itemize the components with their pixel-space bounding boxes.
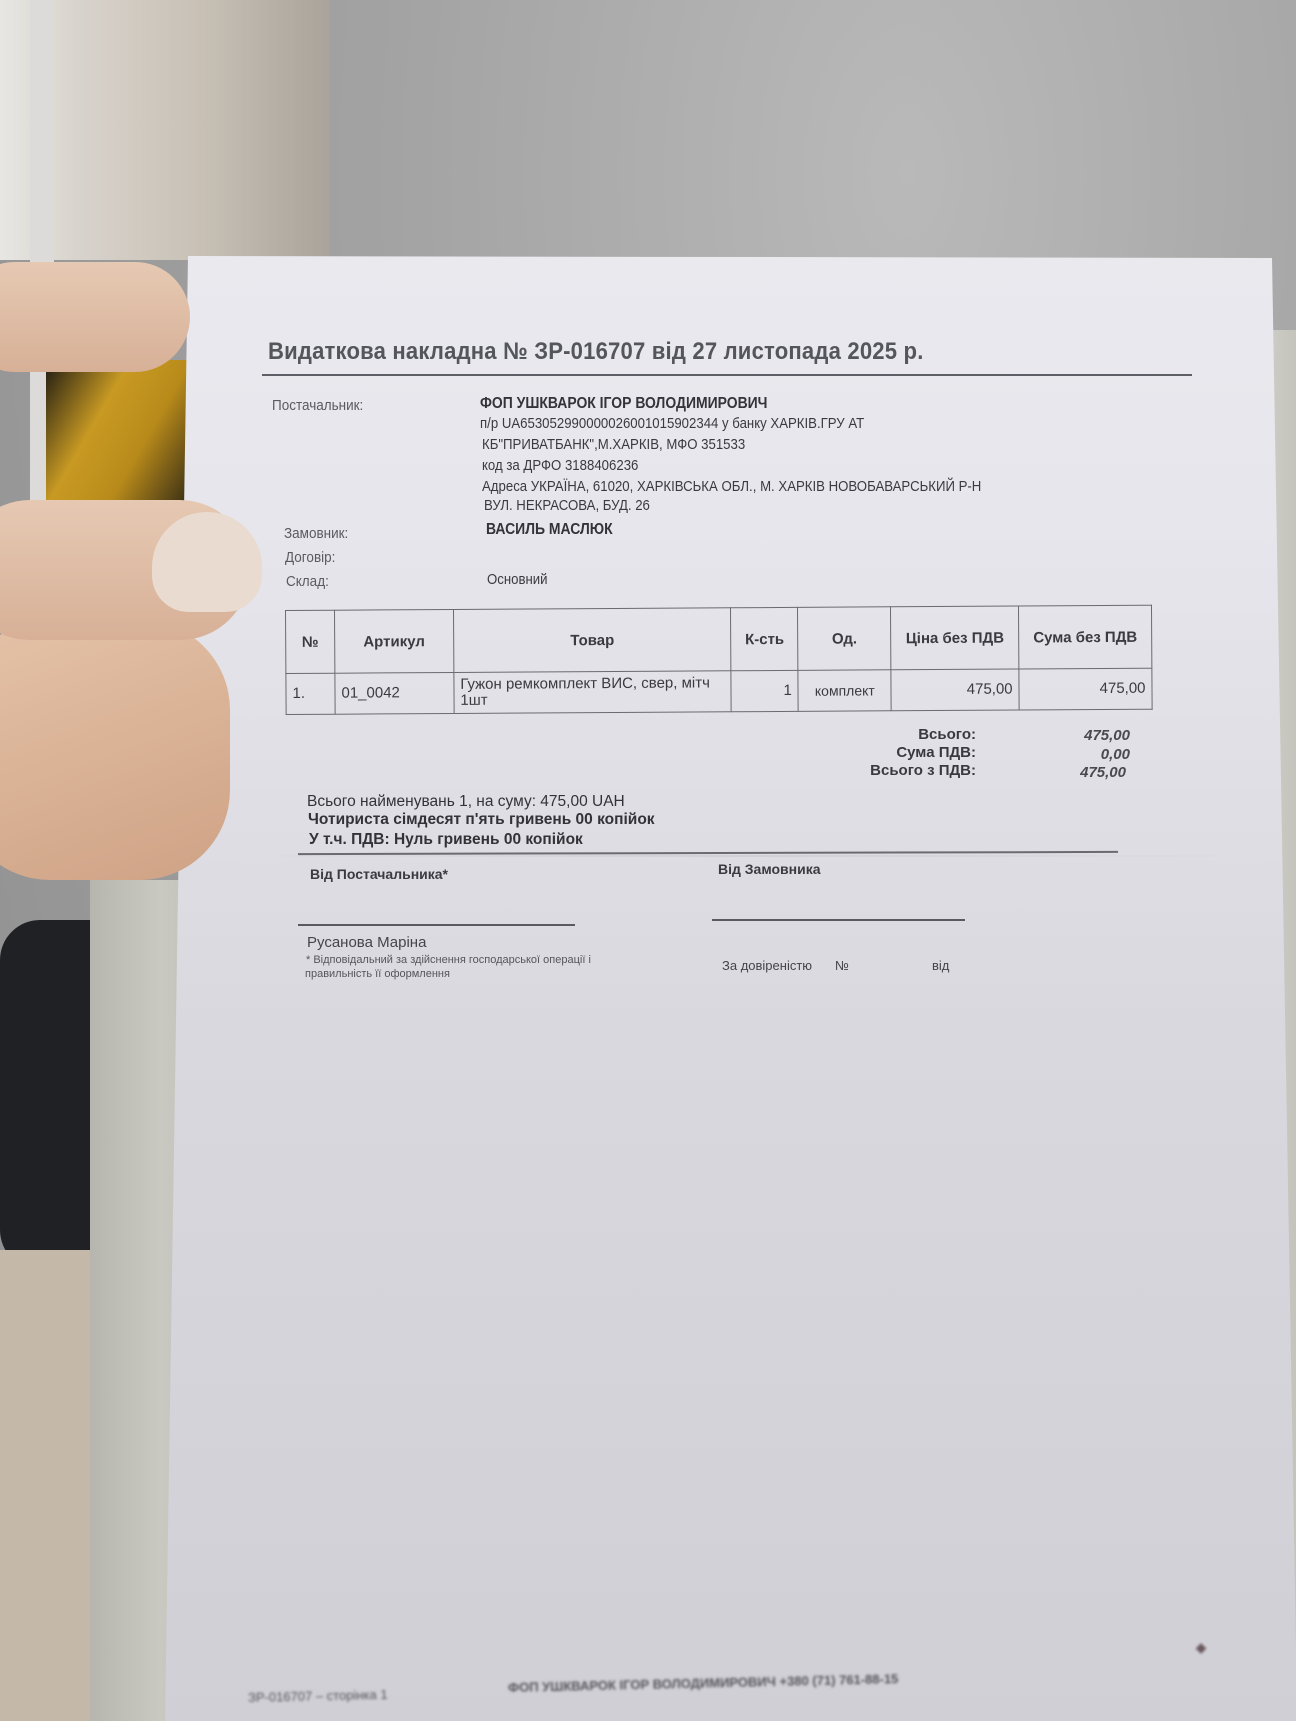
- col-header-item: Товар: [453, 608, 731, 673]
- summary-vat-words: У т.ч. ПДВ: Нуль гривень 00 копійок: [309, 831, 583, 849]
- background-object: [46, 360, 196, 520]
- supplier-signature-label: Від Постачальника*: [310, 866, 448, 882]
- cell-qty: 1: [731, 670, 798, 711]
- cell-number: 1.: [286, 673, 335, 714]
- hand-palm: [0, 620, 230, 880]
- paper-fold: [220, 855, 1280, 857]
- col-header-number: №: [286, 610, 335, 673]
- col-header-unit: Од.: [798, 607, 891, 671]
- supplier-person: Русанова Маріна: [307, 934, 426, 951]
- supplier-tax-code: код за ДРФО 3188406236: [482, 457, 638, 474]
- hand-finger-index: [0, 262, 190, 372]
- footer-company: ФОП УШКВАРОК ІГОР ВОЛОДИМИРОВИЧ +380 (71…: [508, 1671, 899, 1695]
- col-header-sum: Сума без ПДВ: [1019, 605, 1152, 669]
- title-rule: [262, 374, 1192, 376]
- cell-sum: 475,00: [1019, 668, 1152, 710]
- supplier-name: ФОП УШКВАРОК ІГОР ВОЛОДИМИРОВИЧ: [480, 395, 767, 413]
- supplier-bank: КБ"ПРИВАТБАНК",М.ХАРКІВ, МФО 351533: [482, 436, 745, 453]
- cell-sku: 01_0042: [335, 672, 454, 714]
- customer-name: ВАСИЛЬ МАСЛЮК: [486, 521, 613, 539]
- supplier-signature-line: [298, 924, 575, 926]
- cell-unit: комплект: [798, 670, 891, 712]
- total-with-vat-value: 475,00: [1006, 764, 1126, 781]
- proxy-date-label: від: [932, 958, 949, 973]
- vat-label: Сума ПДВ:: [776, 744, 976, 761]
- table-header-row: № Артикул Товар К-сть Од. Ціна без ПДВ С…: [286, 605, 1152, 673]
- supplier-address: Адреса УКРАЇНА, 61020, ХАРКІВСЬКА ОБЛ., …: [482, 478, 981, 495]
- items-table: № Артикул Товар К-сть Од. Ціна без ПДВ С…: [285, 605, 1153, 715]
- customer-label: Замовник:: [284, 525, 348, 542]
- proxy-number-label: №: [835, 958, 849, 973]
- total-with-vat-label: Всього з ПДВ:: [776, 762, 976, 779]
- footer-page-label: ЗР-016707 – сторінка 1: [248, 1687, 388, 1705]
- total-label: Всього:: [776, 726, 976, 743]
- supplier-street: ВУЛ. НЕКРАСОВА, БУД. 26: [484, 497, 650, 514]
- cell-price: 475,00: [891, 669, 1019, 711]
- col-header-qty: К-сть: [731, 607, 798, 670]
- customer-signature-line: [712, 919, 965, 921]
- vat-value: 0,00: [1010, 746, 1130, 763]
- cell-item: Гужон ремкомплект ВИС, свер, мітч 1шт: [454, 671, 732, 714]
- supplier-label: Постачальник:: [272, 397, 363, 414]
- col-header-sku: Артикул: [334, 609, 453, 673]
- proxy-label: За довіреністю: [722, 958, 812, 973]
- contract-label: Договір:: [285, 549, 335, 566]
- col-header-price: Ціна без ПДВ: [891, 606, 1019, 670]
- document-title: Видаткова накладна № ЗР-016707 від 27 ли…: [268, 338, 924, 366]
- footnote-line1: * Відповідальний за здійснення господарс…: [306, 954, 591, 966]
- footnote-line2: правильність її оформлення: [305, 968, 450, 980]
- supplier-account: п/р UA653052990000026001015902344 у банк…: [480, 415, 864, 432]
- warehouse-value: Основний: [487, 571, 548, 588]
- thumbnail: [152, 512, 262, 612]
- summary-amount-words: Чотириста сімдесят п'ять гривень 00 копі…: [308, 811, 655, 829]
- footer-logo: ◆: [1196, 1640, 1206, 1656]
- total-value: 475,00: [1010, 727, 1130, 744]
- customer-signature-label: Від Замовника: [718, 861, 821, 877]
- warehouse-label: Склад:: [286, 573, 329, 590]
- summary-items-count: Всього найменувань 1, на суму: 475,00 UA…: [307, 793, 625, 811]
- table-row: 1. 01_0042 Гужон ремкомплект ВИС, свер, …: [286, 668, 1152, 714]
